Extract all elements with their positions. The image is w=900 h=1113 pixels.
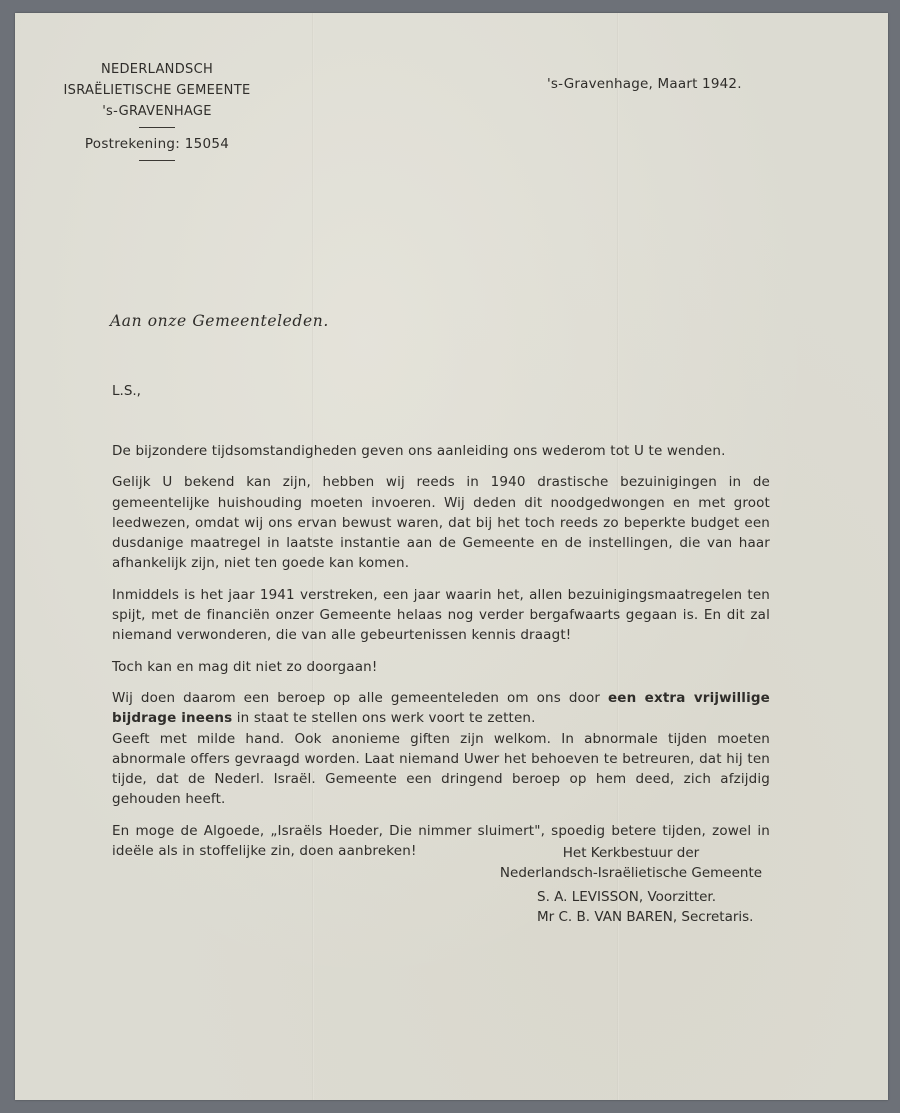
letterhead-line-2: ISRAËLIETISCHE GEMEENTE	[52, 80, 262, 101]
letterhead: NEDERLANDSCH ISRAËLIETISCHE GEMEENTE 's-…	[52, 59, 262, 167]
letter-body: De bijzondere tijdsomstandigheden geven …	[112, 441, 770, 872]
dateline: 's-Gravenhage, Maart 1942.	[547, 76, 742, 92]
paragraph: Inmiddels is het jaar 1941 verstreken, e…	[112, 585, 770, 646]
paragraph: Gelijk U bekend kan zijn, hebben wij ree…	[112, 472, 770, 573]
letterhead-line-3: 's-GRAVENHAGE	[52, 101, 262, 122]
paragraph: Geeft met milde hand. Ook anonieme gifte…	[112, 729, 770, 810]
signer-names: S. A. LEVISSON, Voorzitter. Mr C. B. VAN…	[486, 887, 776, 927]
paragraph-text: in staat te stellen ons werk voort te ze…	[232, 710, 535, 726]
paragraph: Toch kan en mag dit niet zo doorgaan!	[112, 657, 770, 677]
signature-block: Het Kerkbestuur der Nederlandsch-Israëli…	[486, 843, 776, 927]
letterhead-divider	[139, 127, 175, 128]
signer-chairman: S. A. LEVISSON, Voorzitter.	[537, 887, 776, 907]
salutation: Aan onze Gemeenteleden.	[110, 312, 329, 330]
letterhead-line-1: NEDERLANDSCH	[52, 59, 262, 80]
signer-secretary: Mr C. B. VAN BAREN, Secretaris.	[537, 907, 776, 927]
paragraph: Wij doen daarom een beroep op alle gemee…	[112, 688, 770, 729]
signature-line-2: Nederlandsch-Israëlietische Gemeente	[486, 863, 776, 883]
opening: L.S.,	[112, 383, 141, 399]
letterhead-divider	[139, 160, 175, 161]
postrekening: Postrekening: 15054	[52, 134, 262, 155]
signature-line-1: Het Kerkbestuur der	[486, 843, 776, 863]
paragraph: De bijzondere tijdsomstandigheden geven …	[112, 441, 770, 461]
paragraph-text: Wij doen daarom een beroep op alle gemee…	[112, 690, 608, 706]
